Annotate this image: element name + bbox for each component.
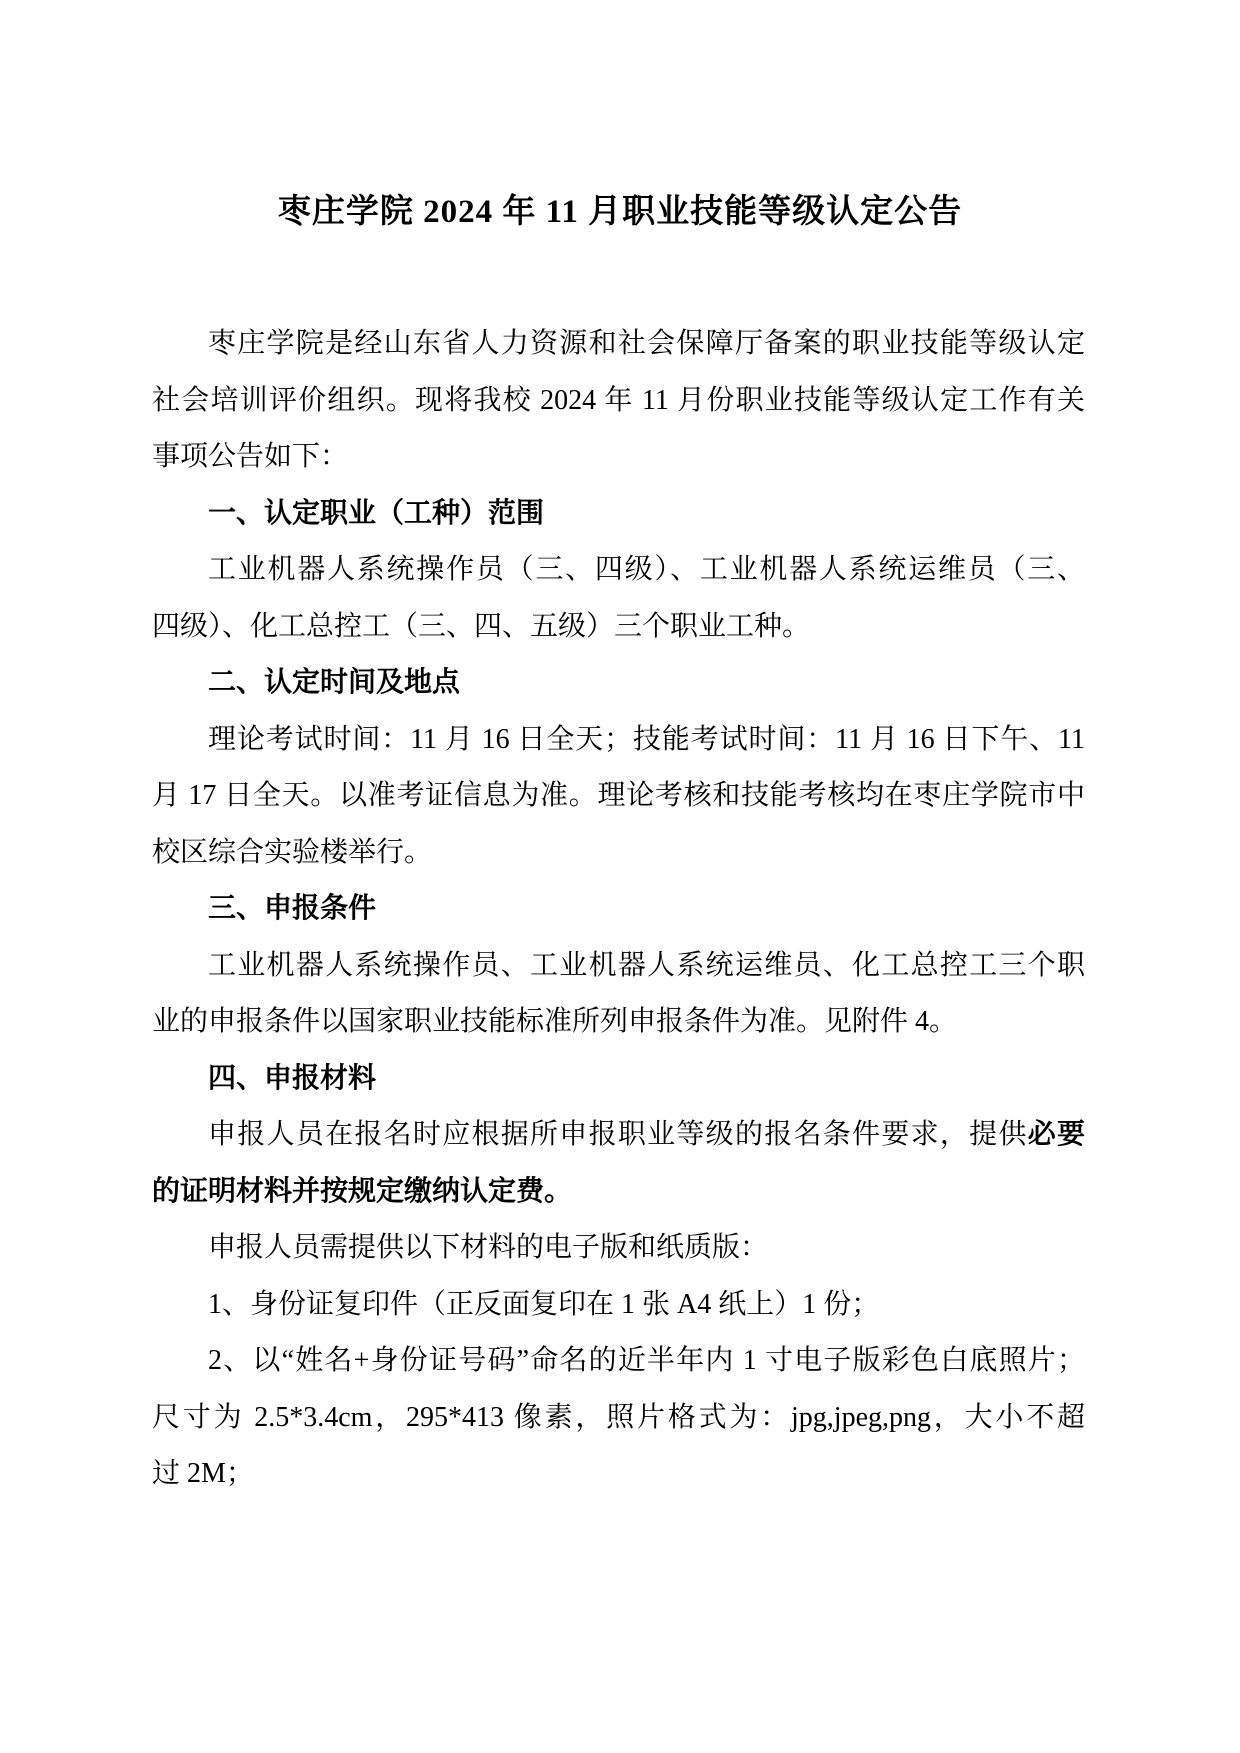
section-2-heading: 二、认定时间及地点 [152, 655, 1085, 712]
section-1-line-1: 工业机器人系统操作员（三、四级）、工业机器人系统运维员（三、 [152, 542, 1085, 599]
document-title: 枣庄学院 2024 年 11 月职业技能等级认定公告 [0, 192, 1240, 232]
section-4-item-1: 1、身份证复印件（正反面复印在 1 张 A4 纸上）1 份； [152, 1277, 1085, 1334]
section-4-paragraph-1-line-1: 申报人员在报名时应根据所申报职业等级的报名条件要求，提供必要 [152, 1107, 1085, 1164]
section-4-paragraph-2: 申报人员需提供以下材料的电子版和纸质版： [152, 1220, 1085, 1277]
intro-line-3: 事项公告如下： [152, 429, 1085, 486]
document-body: 枣庄学院是经山东省人力资源和社会保障厅备案的职业技能等级认定 社会培训评价组织。… [152, 316, 1085, 1503]
section-2-line-3: 校区综合实验楼举行。 [152, 825, 1085, 882]
paragraph-text-bold: 必要 [1028, 1119, 1085, 1150]
section-3-line-1: 工业机器人系统操作员、工业机器人系统运维员、化工总控工三个职 [152, 938, 1085, 995]
section-2-line-2: 月 17 日全天。以准考证信息为准。理论考核和技能考核均在枣庄学院市中 [152, 768, 1085, 825]
document-page: 枣庄学院 2024 年 11 月职业技能等级认定公告 枣庄学院是经山东省人力资源… [0, 0, 1240, 1753]
section-3-heading: 三、申报条件 [152, 881, 1085, 938]
section-1-heading: 一、认定职业（工种）范围 [152, 486, 1085, 543]
intro-line-1: 枣庄学院是经山东省人力资源和社会保障厅备案的职业技能等级认定 [152, 316, 1085, 373]
paragraph-text: 申报人员在报名时应根据所申报职业等级的报名条件要求，提供 [208, 1119, 1028, 1150]
section-1-line-2: 四级）、化工总控工（三、四、五级）三个职业工种。 [152, 599, 1085, 656]
section-4-item-2-line-2: 尺寸为 2.5*3.4cm，295*413 像素，照片格式为：jpg,jpeg,… [152, 1390, 1085, 1447]
section-4-heading: 四、申报材料 [152, 1051, 1085, 1108]
section-4-paragraph-1-line-2: 的证明材料并按规定缴纳认定费。 [152, 1164, 1085, 1221]
intro-line-2: 社会培训评价组织。现将我校 2024 年 11 月份职业技能等级认定工作有关 [152, 373, 1085, 430]
section-2-line-1: 理论考试时间：11 月 16 日全天；技能考试时间：11 月 16 日下午、11 [152, 712, 1085, 769]
section-3-line-2: 业的申报条件以国家职业技能标准所列申报条件为准。见附件 4。 [152, 994, 1085, 1051]
section-4-item-2-line-1: 2、以“姓名+身份证号码”命名的近半年内 1 寸电子版彩色白底照片； [152, 1333, 1085, 1390]
section-4-item-2-line-3: 过 2M； [152, 1446, 1085, 1503]
